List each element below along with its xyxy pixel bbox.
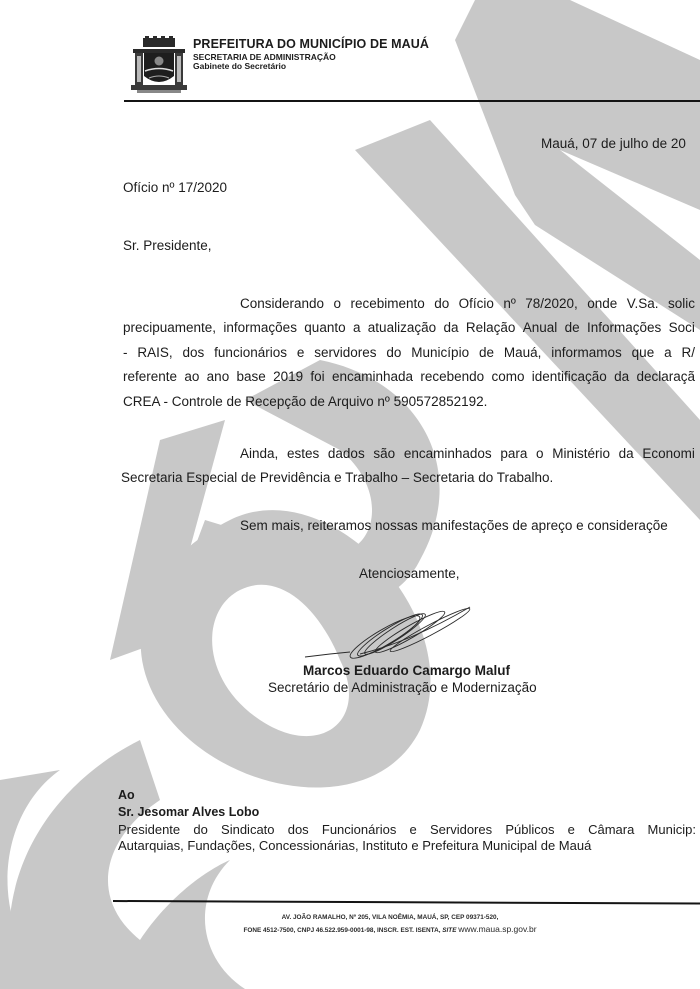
footer-contact: FONE 4512-7500, CNPJ 46.522.959-0001-98,… xyxy=(200,923,580,936)
org-department: SECRETARIA DE ADMINISTRAÇÃO xyxy=(193,53,429,62)
header-divider xyxy=(124,100,700,102)
footer-address: AV. JOÃO RAMALHO, Nº 205, VILA NOÊMIA, M… xyxy=(200,913,580,923)
org-office: Gabinete do Secretário xyxy=(193,62,429,71)
letter-page: PREFEITURA DO MUNICÍPIO DE MAUÁ SECRETAR… xyxy=(0,0,700,989)
footer-divider xyxy=(113,900,700,905)
salutation: Sr. Presidente, xyxy=(123,238,212,253)
paragraph1-line1: ConsiderandoorecebimentodoOfícionº78/202… xyxy=(240,296,695,311)
paragraph1-line5: CREA - Controle de Recepção de Arquivo n… xyxy=(123,394,487,409)
letterhead: PREFEITURA DO MUNICÍPIO DE MAUÁ SECRETAR… xyxy=(193,38,429,71)
paragraph1-line3: -RAIS,dosfuncionárioseservidoresdoMunicí… xyxy=(123,345,695,360)
municipal-coat-of-arms-icon xyxy=(131,36,187,94)
paragraph3: Sem mais, reiteramos nossas manifestaçõe… xyxy=(240,518,668,533)
document-reference: Ofício nº 17/2020 xyxy=(123,180,227,195)
date-line: Mauá, 07 de julho de 20 xyxy=(541,136,686,151)
paragraph1-line4: referenteaoanobase2019foiencaminhadarece… xyxy=(123,369,695,384)
footer: AV. JOÃO RAMALHO, Nº 205, VILA NOÊMIA, M… xyxy=(200,913,580,936)
recipient-title-line1: PresidentedoSindicatodosFuncionárioseSer… xyxy=(118,822,696,837)
footer-website-link[interactable]: www.maua.sp.gov.br xyxy=(458,924,536,934)
paragraph1-line2: precipuamente,informaçõesquantoaatualiza… xyxy=(123,320,695,335)
closing: Atenciosamente, xyxy=(359,566,460,581)
signer-name: Marcos Eduardo Camargo Maluf xyxy=(303,663,510,678)
org-title: PREFEITURA DO MUNICÍPIO DE MAUÁ xyxy=(193,38,429,51)
recipient-title-line2: Autarquias, Fundações, Concessionárias, … xyxy=(118,838,591,853)
paragraph2-line2: Secretaria Especial de Previdência e Tra… xyxy=(121,470,553,485)
paragraph2-line1: Ainda,estesdadossãoencaminhadosparaoMini… xyxy=(240,446,695,461)
recipient-name: Sr. Jesomar Alves Lobo xyxy=(118,805,259,819)
handwritten-signature-icon xyxy=(300,602,500,662)
signer-title: Secretário de Administração e Modernizaç… xyxy=(268,680,537,695)
recipient-prefix: Ao xyxy=(118,788,135,802)
